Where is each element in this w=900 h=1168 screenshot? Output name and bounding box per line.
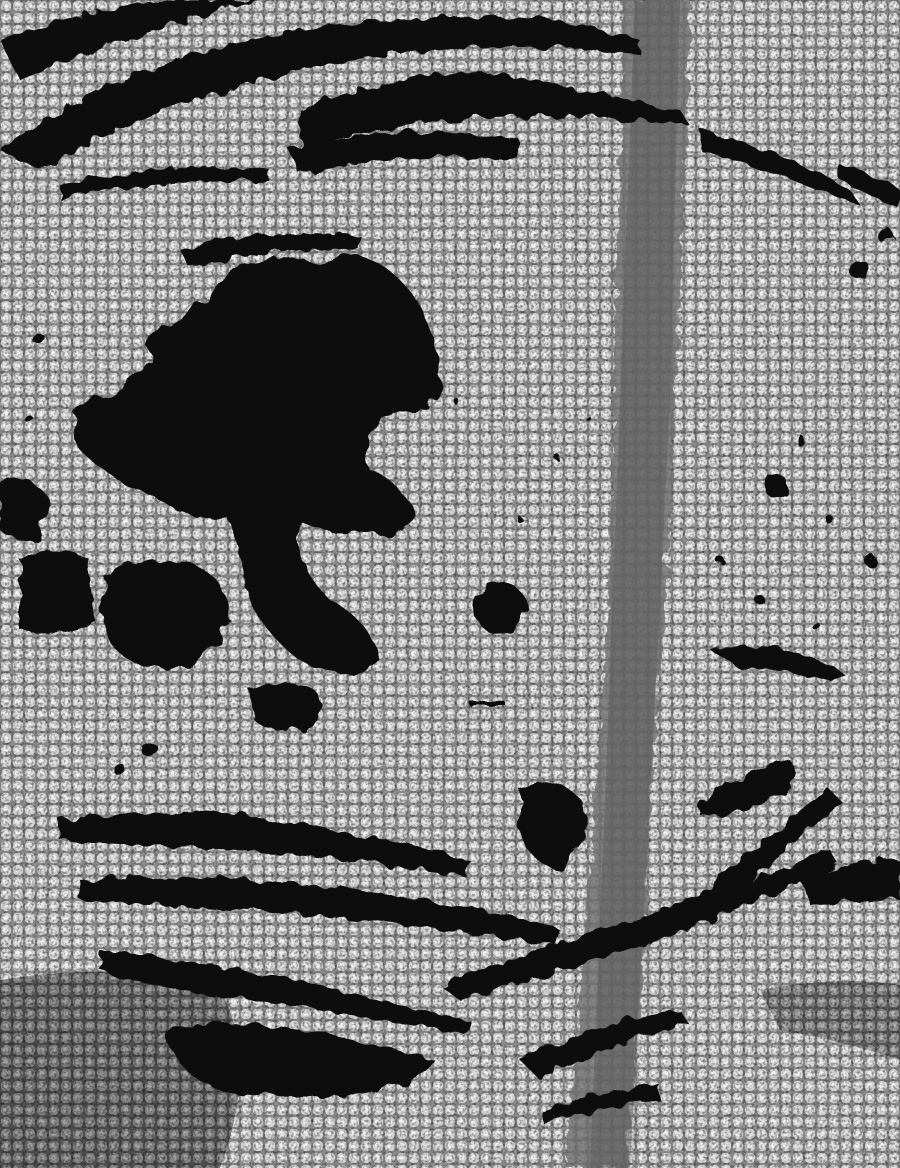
ink-on-canvas-artwork (0, 0, 900, 1168)
round-ink-dot (474, 582, 526, 634)
small-dash-mark (470, 702, 506, 707)
